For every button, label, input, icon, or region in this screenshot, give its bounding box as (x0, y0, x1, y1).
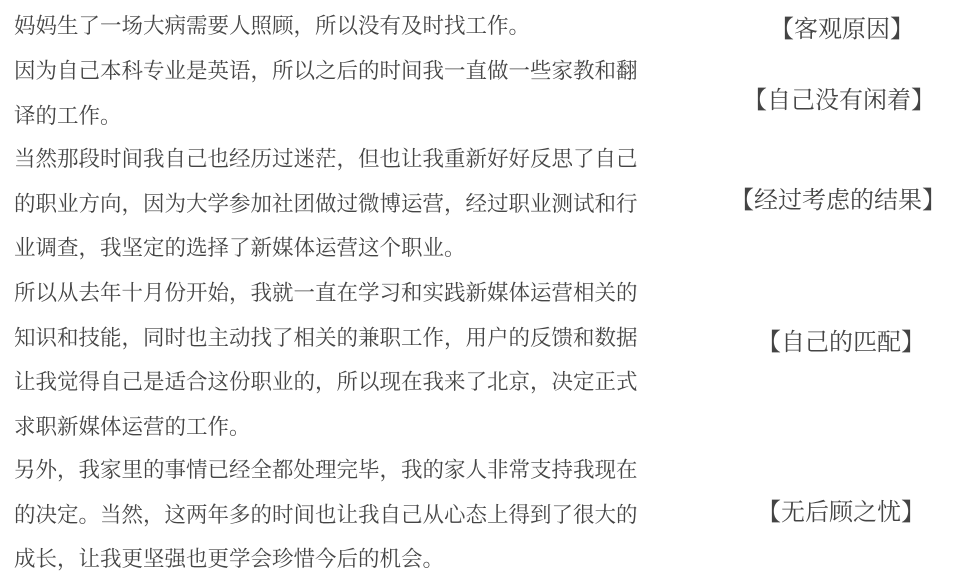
tag-self-match: 【自己的匹配】 (757, 327, 925, 357)
paragraph-3: 当然那段时间我自己也经历过迷茫，但也让我重新好好反思了自己 的职业方向，因为大学… (14, 138, 714, 272)
paragraph-line: 的职业方向，因为大学参加社团做过微博运营，经过职业测试和行 (14, 183, 714, 228)
tag-no-worries: 【无后顾之忧】 (757, 497, 925, 527)
paragraph-line: 求职新媒体运营的工作。 (14, 406, 714, 451)
paragraph-line: 业调查，我坚定的选择了新媒体运营这个职业。 (14, 227, 714, 272)
paragraph-1: 妈妈生了一场大病需要人照顾，所以没有及时找工作。 (14, 5, 714, 50)
paragraph-line: 妈妈生了一场大病需要人照顾，所以没有及时找工作。 (14, 5, 714, 50)
tag-not-idle: 【自己没有闲着】 (743, 85, 935, 115)
paragraph-line: 成长，让我更坚强也更学会珍惜今后的机会。 (14, 538, 714, 582)
paragraph-line: 译的工作。 (14, 95, 714, 140)
paragraph-line: 知识和技能，同时也主动找了相关的兼职工作，用户的反馈和数据 (14, 317, 714, 362)
paragraph-4: 所以从去年十月份开始，我就一直在学习和实践新媒体运营相关的 知识和技能，同时也主… (14, 272, 714, 450)
tag-objective-reason: 【客观原因】 (770, 14, 914, 44)
paragraph-line: 的决定。当然，这两年多的时间也让我自己从心态上得到了很大的 (14, 494, 714, 539)
tag-considered-result: 【经过考虑的结果】 (730, 185, 946, 215)
paragraph-line: 让我觉得自己是适合这份职业的，所以现在我来了北京，决定正式 (14, 361, 714, 406)
paragraph-line: 另外，我家里的事情已经全都处理完毕，我的家人非常支持我现在 (14, 449, 714, 494)
paragraph-line: 当然那段时间我自己也经历过迷茫，但也让我重新好好反思了自己 (14, 138, 714, 183)
paragraph-line: 因为自己本科专业是英语，所以之后的时间我一直做一些家教和翻 (14, 50, 714, 95)
paragraph-5: 另外，我家里的事情已经全都处理完毕，我的家人非常支持我现在 的决定。当然，这两年… (14, 449, 714, 582)
paragraph-line: 所以从去年十月份开始，我就一直在学习和实践新媒体运营相关的 (14, 272, 714, 317)
paragraph-2: 因为自己本科专业是英语，所以之后的时间我一直做一些家教和翻 译的工作。 (14, 50, 714, 139)
